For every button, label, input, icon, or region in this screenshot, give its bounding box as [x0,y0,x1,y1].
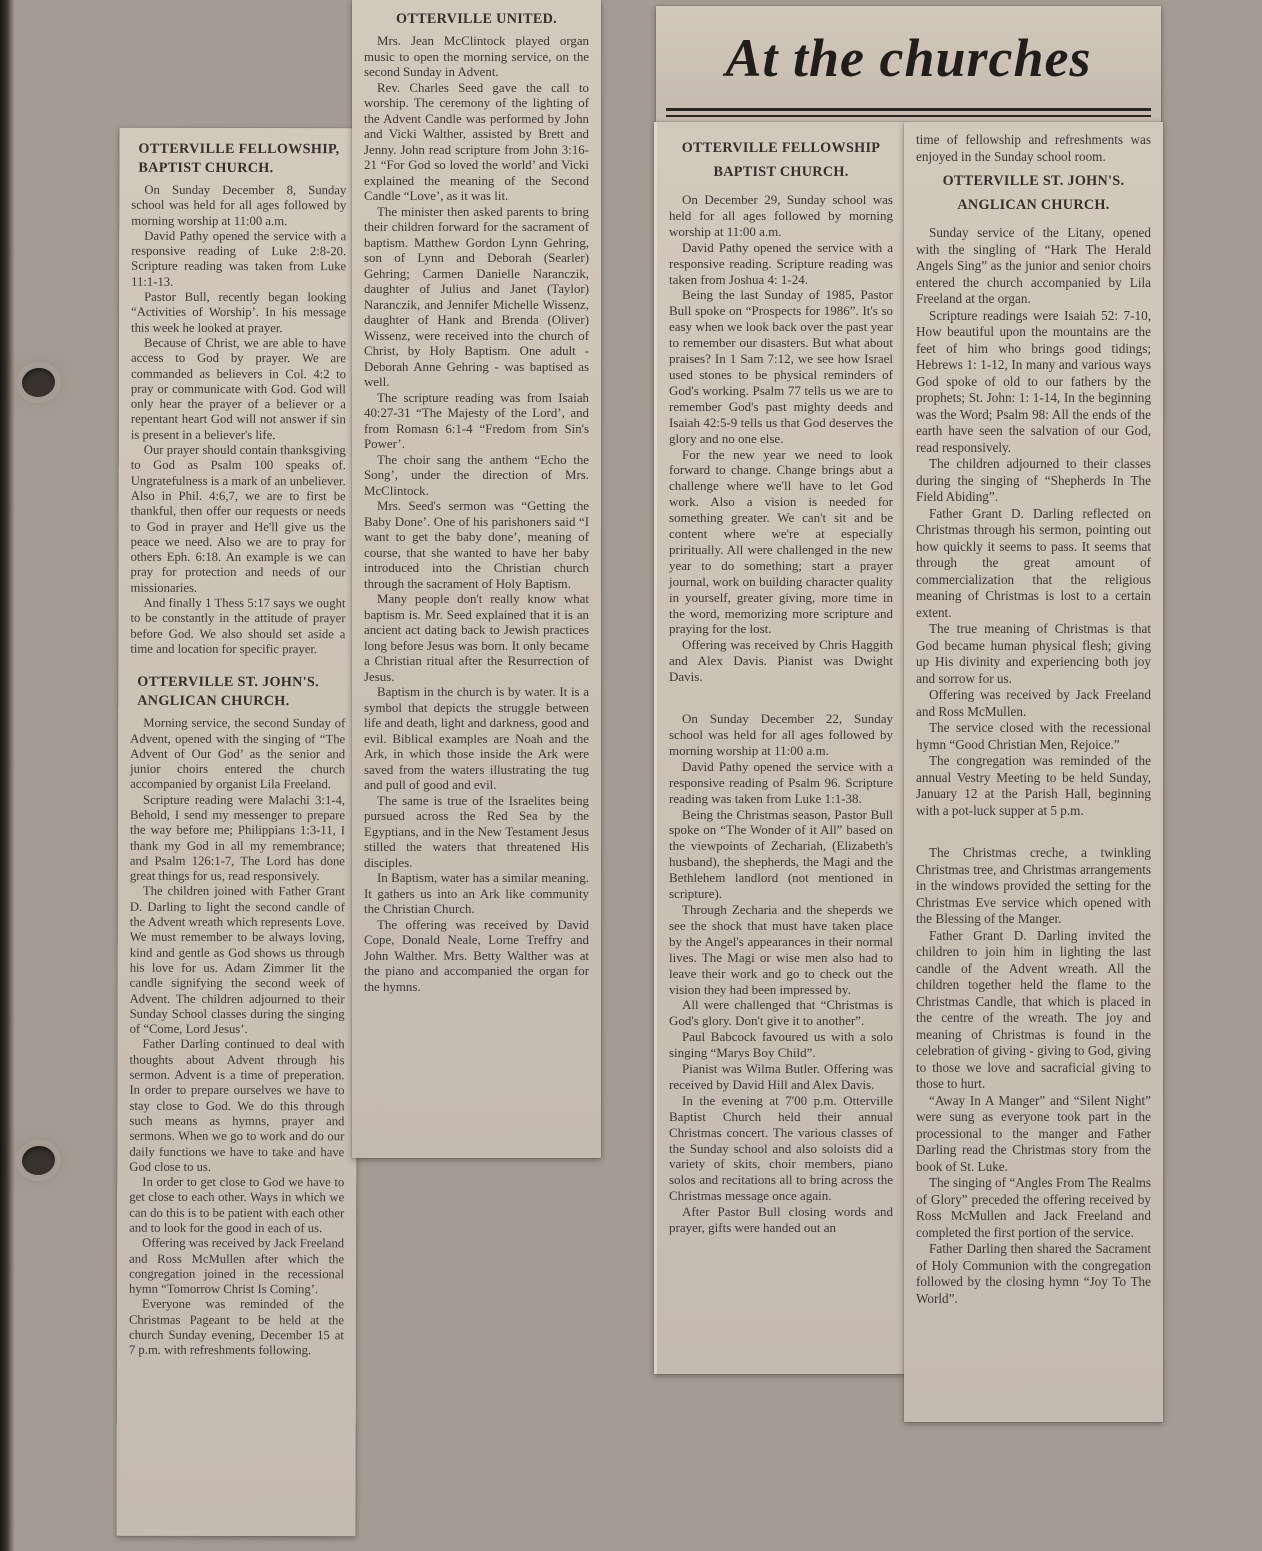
article-lead-paragraphs: time of fellowship and refreshments was … [916,132,1151,165]
article-paragraph: All were challenged that “Christmas is G… [669,997,893,1029]
article-paragraph: Father Darling continued to deal with th… [129,1037,344,1175]
article-paragraph: Through Zecharia and the sheperds we see… [669,902,893,997]
article-paragraphs: Mrs. Jean McClintock played organ music … [364,34,589,995]
clipping-left-column: OTTERVILLE FELLOWSHIP, BAPTIST CHURCH. O… [117,128,359,1536]
article-paragraph: The children adjourned to their classes … [916,456,1151,506]
article-paragraph: Mrs. Jean McClintock played organ music … [364,34,589,81]
article-paragraph: Pastor Bull, recently began looking “Act… [131,290,346,336]
article-paragraph: And finally 1 Thess 5:17 says we ought t… [130,596,345,658]
article-paragraph: Mrs. Seed's sermon was “Getting the Baby… [364,499,589,592]
article-paragraph: Pianist was Wilma Butler. Offering was r… [669,1061,893,1093]
article-paragraph: The singing of “Angles From The Realms o… [916,1175,1151,1241]
article-paragraph: The Christmas creche, a twinkling Christ… [916,845,1151,928]
article-paragraph: The congregation was reminded of the ann… [916,753,1151,819]
article-paragraph: On Sunday December 8, Sunday school was … [131,183,346,229]
article-paragraph: Many people don't really know what bapti… [364,592,589,685]
article-paragraph: Morning service, the second Sunday of Ad… [130,716,345,793]
article-paragraph: Because of Christ, we are able to have a… [131,336,346,444]
article-otterville-united: OTTERVILLE UNITED. Mrs. Jean McClintock … [364,9,589,995]
clipping-baptist-column: OTTERVILLE FELLOWSHIP BAPTIST CHURCH. On… [654,122,905,1374]
article-paragraph: Being the Christmas season, Pastor Bull … [669,807,893,902]
article-anglican-church: time of fellowship and refreshments was … [916,132,1151,1307]
article-heading: OTTERVILLE ST. JOHN'S. ANGLICAN CHURCH. [130,673,345,711]
article-paragraph: On Sunday December 22, Sunday school was… [669,711,893,759]
article-paragraph: David Pathy opened the service with a re… [131,229,346,291]
hole-punch-top [20,366,57,399]
article-paragraph: “Away In A Manger” and “Silent Night” we… [916,1093,1151,1176]
article-paragraph: Offering was received by Jack Freeland a… [916,687,1151,720]
page-left-edge [0,0,15,1551]
article-paragraphs: Morning service, the second Sunday of Ad… [129,716,345,1359]
article-paragraphs: On Sunday December 8, Sunday school was … [130,183,346,658]
hole-punch-bottom [20,1144,57,1177]
article-heading: OTTERVILLE FELLOWSHIP BAPTIST CHURCH. [669,136,893,184]
article-paragraph: The same is true of the Israelites being… [364,794,589,872]
article-paragraph: Baptism in the church is by water. It is… [364,685,589,794]
article-paragraph: In order to get close to God we have to … [129,1175,344,1237]
clipping-otterville-united: OTTERVILLE UNITED. Mrs. Jean McClintock … [352,0,601,1158]
article-paragraph: The true meaning of Christmas is that Go… [916,621,1151,687]
article-paragraph: Being the last Sunday of 1985, Pastor Bu… [669,287,893,446]
article-paragraph: Paul Babcock favoured us with a solo sin… [669,1029,893,1061]
article-paragraph: The children joined with Father Grant D.… [130,884,345,1037]
article-paragraph: The service closed with the recessional … [916,720,1151,753]
article-paragraph: On December 29, Sunday school was held f… [669,192,893,240]
article-paragraph: Sunday service of the Litany, opened wit… [916,225,1151,308]
article-paragraphs: Sunday service of the Litany, opened wit… [916,225,1151,1307]
article-paragraph: Scripture readings were Isaiah 52: 7-10,… [916,308,1151,457]
article-paragraph: The offering was received by David Cope,… [364,918,589,996]
article-paragraph: time of fellowship and refreshments was … [916,132,1151,165]
article-st-johns-advent: OTTERVILLE ST. JOHN'S. ANGLICAN CHURCH. … [129,673,345,1359]
article-paragraphs: On December 29, Sunday school was held f… [669,192,893,1236]
article-paragraph: Offering was received by Jack Freeland a… [129,1236,344,1298]
article-paragraph: Scripture reading were Malachi 3:1-4, Be… [130,792,345,884]
article-paragraph: Father Grant D. Darling invited the chil… [916,928,1151,1093]
article-heading: OTTERVILLE ST. JOHN'S. ANGLICAN CHURCH. [916,169,1151,217]
article-otterville-fellowship-dec8: OTTERVILLE FELLOWSHIP, BAPTIST CHURCH. O… [130,140,346,658]
article-heading: OTTERVILLE UNITED. [364,9,589,29]
article-baptist-church: OTTERVILLE FELLOWSHIP BAPTIST CHURCH. On… [669,136,893,1236]
article-paragraph: Offering was received by Chris Haggith a… [669,637,893,685]
article-paragraph: Father Darling then shared the Sacrament… [916,1241,1151,1307]
article-paragraph: The choir sang the anthem “Echo the Song… [364,453,589,500]
article-paragraph: The minister then asked parents to bring… [364,205,589,391]
article-paragraph: In the evening at 7'00 p.m. Otterville B… [669,1093,893,1204]
article-paragraph: David Pathy opened the service with a re… [669,759,893,807]
article-paragraph: The scripture reading was from Isaiah 40… [364,391,589,453]
article-paragraph: For the new year we need to look forward… [669,447,893,638]
article-paragraph: Our prayer should contain thanksgiving t… [130,443,345,596]
article-paragraph: Rev. Charles Seed gave the call to worsh… [364,81,589,205]
article-paragraph: Father Grant D. Darling reflected on Chr… [916,506,1151,622]
clipping-anglican-column: time of fellowship and refreshments was … [904,122,1163,1422]
article-paragraph: David Pathy opened the service with a re… [669,240,893,288]
headline-rule [666,108,1151,117]
article-paragraph: After Pastor Bull closing words and pray… [669,1204,893,1236]
article-paragraph: In Baptism, water has a similar meaning.… [364,871,589,918]
page-title: At the churches [668,26,1149,90]
article-heading: OTTERVILLE FELLOWSHIP, BAPTIST CHURCH. [131,140,346,178]
headline-clipping: At the churches [656,6,1161,122]
article-paragraph: Everyone was reminded of the Christmas P… [129,1297,344,1359]
